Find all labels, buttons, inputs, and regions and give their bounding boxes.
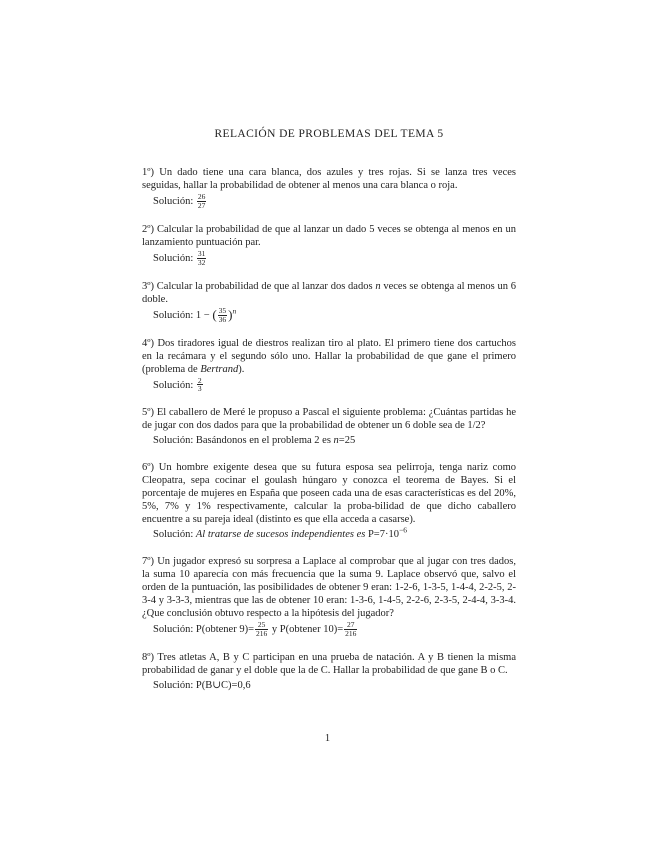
solution-line: Solución: Al tratarse de sucesos indepen… (142, 527, 516, 542)
solution-expression: P(B∪C)=0,6 (196, 680, 251, 691)
problem-text: 1º) Un dado tiene una cara blanca, dos a… (142, 166, 516, 192)
problem-text: 7º) Un jugador expresó su sorpresa a Lap… (142, 555, 516, 620)
problem-body: Un dado tiene una cara blanca, dos azule… (142, 167, 516, 191)
solution-text-italic: Al tratarse de sucesos independientes es (196, 529, 368, 540)
problem-body: El caballero de Meré le propuso a Pascal… (142, 407, 516, 431)
problem-5: 5º) El caballero de Meré le propuso a Pa… (142, 406, 516, 448)
solution-line: Solución: Basándonos en el problema 2 es… (142, 433, 516, 448)
problem-text: 8º) Tres atletas A, B y C participan en … (142, 651, 516, 677)
problem-number: 8º) (142, 652, 154, 663)
solution-label: Solución: (153, 253, 193, 264)
fraction: 3536 (218, 307, 228, 324)
expression-lead: 1 − (196, 310, 212, 321)
solution-label: Solución: (153, 680, 193, 691)
page-number: 1 (0, 733, 655, 744)
document-content: RELACIÓN DE PROBLEMAS DEL TEMA 5 1º) Un … (142, 128, 516, 706)
open-paren: ( (212, 307, 216, 322)
fraction-denominator: 32 (197, 259, 207, 267)
fraction: 25216 (255, 621, 268, 638)
solution-line: Solución: P(obtener 9)=25216 y P(obtener… (142, 621, 516, 638)
solution-expression: P=7·10 (368, 529, 399, 540)
problem-3: 3º) Calcular la probabilidad de que al l… (142, 280, 516, 324)
problem-body: Calcular la probabilidad de que al lanza… (142, 224, 516, 248)
fraction-denominator: 216 (255, 630, 268, 638)
problem-body-italic: Bertrand (200, 364, 238, 375)
problem-text: 4º) Dos tiradores igual de diestros real… (142, 337, 516, 376)
problem-text: 3º) Calcular la probabilidad de que al l… (142, 280, 516, 306)
problem-text: 5º) El caballero de Meré le propuso a Pa… (142, 406, 516, 432)
problem-7: 7º) Un jugador expresó su sorpresa a Lap… (142, 555, 516, 638)
problem-body: Un jugador expresó su sorpresa a Laplace… (142, 556, 516, 619)
solution-label: Solución: (153, 310, 193, 321)
problem-number: 2º) (142, 224, 154, 235)
fraction: 3132 (197, 250, 207, 267)
problem-number: 1º) (142, 167, 154, 178)
problem-number: 5º) (142, 407, 154, 418)
problem-2: 2º) Calcular la probabilidad de que al l… (142, 223, 516, 267)
problem-body: Un hombre exigente desea que su futura e… (142, 462, 516, 525)
problem-8: 8º) Tres atletas A, B y C participan en … (142, 651, 516, 693)
problem-number: 6º) (142, 462, 154, 473)
problem-body: Dos tiradores igual de diestros realizan… (142, 338, 516, 375)
document-page: RELACIÓN DE PROBLEMAS DEL TEMA 5 1º) Un … (0, 0, 655, 848)
solution-text: Basándonos en el problema 2 es (196, 435, 334, 446)
problem-body: ). (238, 364, 244, 375)
solution-line: Solución: 2627 (142, 193, 516, 210)
solution-line: Solución: 23 (142, 377, 516, 394)
solution-label: Solución: (153, 435, 193, 446)
solution-label: Solución: (153, 379, 193, 390)
exponent: −6 (399, 526, 407, 535)
solution-text: =25 (339, 435, 355, 446)
problem-text: 2º) Calcular la probabilidad de que al l… (142, 223, 516, 249)
problem-number: 7º) (142, 556, 154, 567)
problem-1: 1º) Un dado tiene una cara blanca, dos a… (142, 166, 516, 210)
exponent: n (233, 306, 237, 315)
fraction-denominator: 27 (197, 202, 207, 210)
fraction: 2627 (197, 193, 207, 210)
page-title: RELACIÓN DE PROBLEMAS DEL TEMA 5 (142, 128, 516, 140)
solution-expression: y P(obtener 10)= (269, 624, 343, 635)
fraction-denominator: 36 (218, 316, 228, 324)
problem-body: Calcular la probabilidad de que al lanza… (157, 281, 376, 292)
solution-label: Solución: (153, 196, 193, 207)
fraction: 27216 (344, 621, 357, 638)
problem-number: 3º) (142, 281, 154, 292)
problem-number: 4º) (142, 338, 154, 349)
solution-label: Solución: (153, 529, 193, 540)
problem-text: 6º) Un hombre exigente desea que su futu… (142, 461, 516, 526)
solution-line: Solución: 1 − (3536)n (142, 307, 516, 324)
solution-expression: P(obtener 9)= (196, 624, 254, 635)
fraction-denominator: 3 (197, 385, 203, 393)
fraction-denominator: 216 (344, 630, 357, 638)
problem-4: 4º) Dos tiradores igual de diestros real… (142, 337, 516, 394)
solution-line: Solución: P(B∪C)=0,6 (142, 678, 516, 693)
solution-label: Solución: (153, 624, 193, 635)
problem-body: Tres atletas A, B y C participan en una … (142, 652, 516, 676)
fraction: 23 (197, 377, 203, 394)
solution-line: Solución: 3132 (142, 250, 516, 267)
problem-6: 6º) Un hombre exigente desea que su futu… (142, 461, 516, 542)
